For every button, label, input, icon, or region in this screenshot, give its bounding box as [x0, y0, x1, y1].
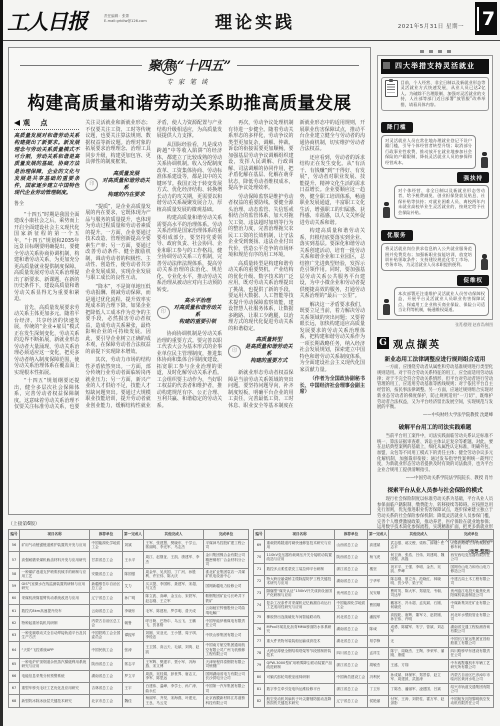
- employment-intro: 目前，个人经营、非全日制以及新就业形态等灵活就业方式快速发展，从业人员已达2亿人…: [381, 77, 489, 111]
- seal-icon: 印: [228, 345, 241, 358]
- table-cell: 航空发动机风扇转子叶尖磨削防振动及降热损伤关键技术研究: [265, 695, 335, 707]
- table-cell: 潘振军: [368, 611, 389, 623]
- table-cell: 王永平: [123, 551, 144, 568]
- pull-quote-line: 高质量发展: [101, 171, 150, 178]
- opinion-item: 新业态用工法律调整应进行规则组合适用一方面，应围绕劳动者从属性和劳动基准规则进行…: [377, 355, 493, 419]
- table-cell: 数字孪生牵引变电所运维检修平台: [265, 683, 335, 695]
- measure-badge: 强扶持: [457, 172, 489, 183]
- opinion-attribution: ——中国劳动关系学院法学院院长、教授 肖竹: [377, 475, 493, 481]
- table-cell: 谭振军: [123, 629, 144, 641]
- measure-badge: 促维权: [457, 275, 489, 286]
- body-paragraph: 再次，劳动争议处理机制有待进一步健全。随着劳动关系形态的多样化，劳动争议的类型更…: [228, 120, 293, 192]
- table-cell: 69: [254, 539, 265, 551]
- body-paragraph: 构建高质量和谐劳动关系，归根结底要落实到企业、落实到基层。要深化和谐劳动关系创建…: [300, 228, 365, 300]
- table-cell: 内蒙古自治区巴彦淖尔市临河区黄河水电公司: [449, 671, 494, 683]
- table-cell: 67: [9, 683, 20, 695]
- opinion-body: 一方面，应围绕劳动者从属性和劳动基准规则进行类型化规则适用。对于符合劳动关系特征…: [377, 365, 493, 411]
- table-cell: 云南省总工会: [90, 605, 123, 617]
- table-cell: 张涛: [123, 641, 144, 658]
- table-cell: 中国海员建设工会: [335, 671, 368, 683]
- measure-badge: 优服务: [381, 230, 413, 241]
- table-cell: 李晓东: [123, 605, 144, 617]
- table-row: 69重载铁路隧道衬砌快速修复技术研究与应用山西省总工会高建斌武志强、郝文俊、梁栋…: [254, 539, 494, 551]
- table-cell: 82: [254, 695, 265, 707]
- table-row: 71数控多点柔性蒙皮工装拉伸平台研制浙江省总工会楼坚祝平平、王强、李明、金杰、吴…: [254, 563, 494, 575]
- feature-attribution: （作者为全国政协副秘书长、中国经济社会理事会副主席）: [300, 376, 365, 396]
- table-cell: 周江、赵继征、王凯、康建军、李杰: [144, 551, 204, 568]
- table-cell: 浙江省总工会: [335, 683, 368, 695]
- opinion-title: 破解平台用工的司法实践难题: [377, 423, 493, 431]
- table-cell: 曹时茂、陈大军、郑瑞龙、韦朝、司达华: [389, 587, 449, 599]
- awards-tables: 编号项目名称推荐单位第一完成人其他完成人完成单位56矿用气动链锯链道维护装置的开…: [8, 529, 492, 708]
- table-cell: 王宇: [123, 683, 144, 695]
- table-cell: 北京西膜新材料江苏道桥科技有限公司: [204, 695, 249, 707]
- table-cell: 金川集团镍合金有限公司精密铜材厂合金材料分公司: [204, 551, 249, 568]
- table-cell: 特种起重吊装机具研制: [20, 617, 90, 629]
- table-cell: 贵州盘江电投天能焦化贵阳煤机装备制造公司: [449, 587, 494, 599]
- table-cell: 湖南省总工会: [335, 575, 368, 587]
- table-cell: 数控多点柔性蒙皮工装拉伸平台研制: [265, 563, 335, 575]
- measure-text-bubble: 对灵活就业人员在常住地办理就业登记不设户籍门槛，引导个体经营者转型升级；取消部分…: [381, 135, 476, 169]
- table-cell: MPxx环氧乳化沥青MMA桥面防水体系研究: [265, 623, 335, 635]
- scan-edge-shadow: [0, 0, 3, 726]
- table-cell: 57: [9, 551, 20, 568]
- table-cell: 山西省总工会: [335, 539, 368, 551]
- table-cell: 新疆维吾尔自治区总工会: [90, 580, 123, 592]
- table-cell: 高强耐磨采煤机截齿材料开发与应用研究: [20, 551, 90, 568]
- table-cell: 陕西省总工会: [90, 658, 123, 670]
- table-row: 82航空发动机风扇转子叶尖磨削防振动及降热损伤关键技术研究辽宁省总工会侯艳丽付军…: [254, 695, 494, 707]
- table-cell: 孟祥生: [368, 647, 389, 659]
- body-paragraph: “降本”，不是简单地压低劳动报酬、削减劳动保障，而是通过优化流程、提升效率实现成…: [85, 284, 150, 356]
- table-header-cell: 项目名称: [265, 530, 335, 540]
- employment-intro-text: 目前，个人经营、非全日制以及新就业形态等灵活就业方式快速发展，从业人员已达2亿人…: [401, 80, 486, 107]
- right-column: 四大举措支持灵活就业 目前，个人经营、非全日制以及新就业形态等灵活就业方式快速发…: [377, 50, 493, 555]
- table-cell: 王盛、方翔: [389, 659, 449, 671]
- table-cell: 中国民航工会: [90, 641, 123, 658]
- table-cell: 浙江省总工会: [335, 563, 368, 575]
- body-paragraph: 首先，高质量发展要求劳动关系主体更加多元。随着平台经济、共享经济的快速发展，传统…: [14, 305, 79, 377]
- table-cell: 陕西省总工会: [335, 551, 368, 563]
- measure-block: 降门槛对灵活就业人员在常住地办理就业登记不设户籍门槛，引导个体经营者转型升级；取…: [381, 114, 489, 169]
- pull-quote-text: 高质量转型是高质量和谐劳动关系构建的重要方式: [244, 337, 293, 365]
- table-cell: 79: [254, 659, 265, 671]
- person-illustration-icon: [381, 299, 391, 316]
- table-cell: 一种电炉炉顶烟道余热蒸汽梯级利用系统研究与应用: [20, 658, 90, 670]
- pull-quote-line: 是高质量和谐劳动关系: [244, 344, 293, 358]
- table-row: 65一种电炉炉顶烟道余热蒸汽梯级利用系统研究与应用陕西省总工会郭志平王军辉、樊建…: [9, 658, 249, 670]
- table-cell: 重载铁路隧道衬砌快速修复技术研究与应用: [265, 539, 335, 551]
- table-cell: 杨飞虎: [368, 551, 389, 563]
- table-cell: 吴安顺: [368, 587, 389, 599]
- table-cell: 国网舟山电力和舟山电力修造公司: [449, 563, 494, 575]
- measure-badge: 降门槛: [381, 122, 413, 133]
- table-header-cell: 编号: [254, 530, 265, 540]
- feature-article-box: 聚焦“十四五” 专家笔谈 构建高质量和谐劳动关系助推高质量发展 观 点 高质量发…: [8, 47, 371, 515]
- body-paragraph: 还应看到，劳动者的诉求结构正在发生变化。从“有活干、有钱赚”到“干得好、有发展”…: [300, 155, 365, 227]
- table-cell: 侯艳丽: [368, 695, 389, 707]
- opinion-attribution: ——中央财经大学法学院教授 沈建峰: [377, 412, 493, 418]
- page-header: 工人日报 责任编辑：张菁 E-mail:grbllw@126.com 理论实践 …: [0, 0, 500, 41]
- measure-block: 强扶持对个体经营、非全日制以及新就业形态劳动者，给予税费减免、创业担保贷款及贴息…: [381, 172, 489, 219]
- table-cell: 63: [9, 629, 20, 641]
- table-cell: 65: [9, 658, 20, 670]
- table-row: 73隔爆型“煤安认证”150kV开关成套设备国产化研制与应用贵州省总工会吴安顺曹…: [254, 587, 494, 599]
- table-header-cell: 其他完成人: [389, 530, 449, 540]
- feature-kicker: 聚焦“十四五”: [14, 54, 365, 76]
- table-cell: 何卫涛、张浩、吕伟、刘建明、魏国强、高磊: [389, 551, 449, 563]
- opinion-item: 破解平台用工的司法实践难题当前平台用工案件中，司法实践面临劳动关系认定标准不统一…: [377, 423, 493, 481]
- employment-box-title: 四大举措支持灵活就业: [381, 59, 489, 74]
- person-illustration-icon: [381, 202, 391, 219]
- table-cell: 胡敏杰: [368, 659, 389, 671]
- table-cell: 特大跨径悬索桥主缆除湿防护工程关键技术研究与应用: [265, 575, 335, 587]
- seal-icon: 印: [157, 306, 170, 319]
- email-line: E-mail:grbllw@126.com: [104, 19, 147, 24]
- table-cell: 毛军、陈建松、罗学明、普天成: [144, 605, 204, 617]
- viewpoint-label: 观 点: [14, 120, 79, 130]
- continued-note: （上接第6版）: [8, 520, 492, 527]
- table-cell: 北京市总工会: [90, 695, 123, 707]
- table-cell: 复杂工况条件对采煤机记忆截割自动运行工艺适用性研究与应用: [265, 599, 335, 611]
- table-header-cell: 完成单位: [204, 530, 249, 540]
- table-cell: 曹国顺: [368, 599, 389, 611]
- table-cell: 采煤机滚筒摇臂传动系统改进与应用: [20, 593, 90, 605]
- awards-table-section: （上接第6版） 编号项目名称推荐单位第一完成人其他完成人完成单位56矿用气动链锯…: [8, 520, 492, 708]
- viewpoint-text: 观 点: [23, 120, 51, 127]
- feature-author: 鲁全: [14, 201, 79, 208]
- measure-block: 优服务将灵活就业岗位供求信息纳入公共就业服务范围并免费发布；加强新职业技能培训，…: [381, 222, 489, 271]
- measure-text-bubble: 将灵活就业岗位供求信息纳入公共就业服务范围并免费发布；加强新职业技能培训，放宽培…: [381, 243, 476, 272]
- table-cell: 无: [389, 635, 449, 647]
- table-cell: 一种煤矿巷道支护喷浆机械手的研制与应用工艺: [20, 568, 90, 580]
- table-cell: 矿用气动链锯链道维护装置的开发与应用: [20, 539, 90, 551]
- table-cell: “天阶”飞控系统APP: [20, 641, 90, 658]
- table-header-row: 编号项目名称推荐单位第一完成人其他完成人完成单位: [254, 530, 494, 540]
- table-cell: 戴寒冬、冯永超、孟宪斌、石刚、何晓亮: [389, 599, 449, 611]
- table-cell: 可躺式郎轮驾驶室座椅研制: [265, 671, 335, 683]
- table-cell: 湖南省总工会: [335, 623, 368, 635]
- table-cell: 陈国强: [123, 568, 144, 580]
- pull-quote-line: 构建的内在要求: [101, 192, 150, 199]
- table-cell: 易学锋: [368, 635, 389, 647]
- pull-quote-line: 构建的重要方式: [244, 358, 293, 365]
- page-number-badge: 7: [475, 2, 497, 35]
- table-cell: 内蒙古自治区总工会: [90, 617, 123, 629]
- page-number: 7: [482, 8, 495, 30]
- table-cell: 66: [9, 670, 20, 682]
- awards-table-left: 编号项目名称推荐单位第一完成人其他完成人完成单位56矿用气动链锯链道维护装置的开…: [8, 529, 249, 708]
- table-row: 56矿用气动链锯链道维护装置的开发与应用中国能源化学地质工会刘斌王军、张建慧、樊…: [9, 539, 249, 551]
- table-row: 64“天阶”飞控系统APP中国民航工会张涛王卫国、高云天、毛斌、刘爽、赵凯中国南…: [9, 641, 249, 658]
- table-cell: 甘肃省总工会: [90, 551, 123, 568]
- body-paragraph: 解决这一矛盾要求我们，既要立足当前，着力解决劳动关系领域的突出问题；又要着眼长远…: [300, 302, 365, 374]
- table-header-cell: 其他完成人: [144, 530, 204, 540]
- infobox-credit: 张菁/整理 赵春青/制图: [377, 322, 493, 328]
- table-cell: 中国华能伊敏煤电有限责任公司: [204, 617, 249, 629]
- table-header-cell: 推荐单位: [90, 530, 123, 540]
- table-cell: 70: [254, 551, 265, 563]
- table-cell: 呼日勒、巴特尔、乌云飞、王鹏飞、贺喜格: [144, 617, 204, 629]
- employment-measures: 降门槛对灵活就业人员在常住地办理就业登记不设户籍门槛，引导个体经营者转型升级；取…: [381, 114, 489, 316]
- table-cell: 58: [9, 568, 20, 580]
- table-row: 68新型防冰除冰涂层关键技术研究北京市总工会魏佳杨丽军、齐昊、宋海燕、叶建光、王…: [9, 695, 249, 707]
- table-cell: QPW-3000型矿用喷雾降尘联动装置产品改进研制: [265, 659, 335, 671]
- table-cell: 成勇、陈耀军、朱宁、曾斌、刘志军: [389, 623, 449, 635]
- table-cell: 重型车桥壳毛坯工艺优化及应用研究: [20, 683, 90, 695]
- table-row: 66电能信息采集分析预警系统湖南省总工会罗立平周凯、吴桂娟、彭世界、唐志文、李军…: [9, 670, 249, 682]
- table-cell: 武志强、郝文俊、梁栋、薛刚、任志平: [389, 539, 449, 551]
- table-row: 61数控式8km高速提升绞车云南省总工会李晓东毛军、陈建松、罗学明、普天成云南驰…: [9, 605, 249, 617]
- table-cell: 辽宁省总工会: [90, 593, 123, 605]
- table-cell: 电能信息采集分析预警系统: [20, 670, 90, 682]
- clipboard-icon: [385, 80, 398, 97]
- table-header-cell: 第一完成人: [368, 530, 389, 540]
- table-cell: 王军、张建慧、樊晓东、于学云、郭丽明、李光军、马志杰: [144, 539, 204, 551]
- table-cell: 孙广明: [123, 593, 144, 605]
- awards-table-right: 编号项目名称推荐单位第一完成人其他完成人完成单位69重载铁路隧道衬砌快速修复技术…: [253, 529, 494, 708]
- box-deco-dots: [377, 50, 493, 53]
- table-cell: 重大件货物吊装装船运输成套技术: [265, 635, 335, 647]
- table-cell: 平煤神马控股矿建工程公司: [204, 539, 249, 551]
- speaker-triangle-icon: [14, 120, 20, 126]
- kicker-text: 聚焦“十四五”: [148, 55, 231, 75]
- pull-quote: 印高质量转型是高质量和谐劳动关系构建的重要方式: [228, 337, 293, 365]
- table-cell: 74: [254, 599, 265, 611]
- table-row: 58一种煤矿巷道支护喷浆机械手的研制与应用工艺安徽省总工会陈国强周金华、吴庆国、…: [9, 568, 249, 580]
- table-cell: 橡胶挤出连续硫化车间智能联动线: [265, 611, 335, 623]
- table-row: 79QPW-3000型矿用喷雾降尘联动装置产品改进研制浙江省总工会胡敏杰王盛、方…: [254, 659, 494, 671]
- pull-quote-text: 高水平治理对高质量和谐劳动关系构建的重要引领: [173, 298, 222, 326]
- table-cell: 吉林省总工会: [90, 683, 123, 695]
- body-paragraph: 协商协调机制是劳动关系治理的重要方式。要完善以职工代表大会为基本形式的企事业单位…: [157, 331, 222, 409]
- table-row: 62特种起重吊装机具研制内蒙古自治区总工会朝鲁呼日勒、巴特尔、乌云飞、王鹏飞、贺…: [9, 617, 249, 629]
- table-header-cell: 第一完成人: [123, 530, 144, 540]
- table-cell: 大跨径薄壁全钢结构塔架等节段预制拼装技术: [265, 647, 335, 659]
- table-cell: 楼坚: [368, 563, 389, 575]
- table-cell: 中建五局土木工程有限公司: [449, 575, 494, 587]
- table-cell: 陈诚: [368, 623, 389, 635]
- table-cell: 罗立平: [123, 670, 144, 682]
- table-cell: 太原铁路局工务机械段检修车间: [449, 539, 494, 551]
- table-cell: 62: [9, 617, 20, 629]
- body-paragraph: 高质量转型是构建和谐劳动关系的重要契机。产业结构的优化升级、数字技术的广泛应用，…: [228, 261, 293, 333]
- table-cell: 110kV变压器有载调压开关分接联动装置改造与应用: [265, 551, 335, 563]
- table-cell: 贵州省总工会: [335, 587, 368, 599]
- table-cell: 中国第一汽车集团有限公司: [204, 683, 249, 695]
- table-row: 63一种变频联动式全自动焊接轨道平台及其生产方法中国铁路工会全国委员会谭振军刘刚…: [9, 629, 249, 641]
- table-cell: 白建伟、温峰、李学士、孙广涛、曲永红: [144, 683, 204, 695]
- table-cell: 60: [9, 593, 20, 605]
- table-cell: 王军辉、樊建平、贾小军、冯海燕、宋文博: [144, 658, 204, 670]
- table-cell: 四川路桥华东建设有限责任公司: [449, 647, 494, 659]
- measure-text-bubble: 本次部署还注重维护灵活就业人员劳动保障权益，开展平台灵活就业人员职业伤害保障试点…: [394, 287, 489, 316]
- opinion-title: 探索平台从业人员参与社会保险的模式: [377, 486, 493, 494]
- table-row: 76MPxx环氧乳化沥青MMA桥面防水体系研究湖南省总工会陈诚成勇、陈耀军、朱宁…: [254, 623, 494, 635]
- seal-icon: 印: [85, 178, 98, 191]
- section-title: 理论实践: [215, 8, 295, 33]
- table-cell: 78: [254, 647, 265, 659]
- body-paragraph: 构建高质量和谐劳动关系需要高水平的治理体系。劳动关系治理是国家治理体系的重要组成…: [157, 215, 222, 293]
- table-cell: 朝鲁: [123, 617, 144, 629]
- pull-quote-text: 高质量发展对高质量和谐劳动关系构建的内在要求: [101, 171, 150, 199]
- table-cell: 郭志平: [123, 658, 144, 670]
- masthead-meta: 责任编辑：张菁 E-mail:grbllw@126.com: [104, 14, 147, 24]
- table-cell: 辽宁省总工会: [335, 695, 368, 707]
- table-cell: 72: [254, 575, 265, 587]
- table-row: 77重大件货物吊装装船运输成套技术湖北省总工会易学锋无中国长江航运集团宜昌船舶重…: [254, 635, 494, 647]
- opinions-header: G 观点撷英: [377, 336, 493, 351]
- table-row: 72特大跨径悬索桥主缆除湿防护工程关键技术研究与应用湖南省总工会宁华军陈志刚、夏…: [254, 575, 494, 587]
- feature-body-columns: 观 点 高质量发展对和谐劳动关系构建提出了新要求。新发展理念与劳动关系质量模式不…: [14, 120, 365, 513]
- table-row: 57高强耐磨采煤机截齿材料开发与应用研究甘肃省总工会王永平周江、赵继征、王凯、康…: [9, 551, 249, 568]
- table-cell: 陈宁、周晓杰、王陶、李荣军、蒲刚、康健: [389, 647, 449, 659]
- table-cell: 中国长江航运集团宜昌船舶重工有限公司: [449, 635, 494, 647]
- table-cell: 西安西电变压器有限责任公司: [449, 551, 494, 563]
- table-cell: 付军、王涛、刘铁柱、霍万军、赵剑影: [389, 695, 449, 707]
- table-cell: 天津荣程祥泰钢铁有限公司炼钢厂: [204, 658, 249, 670]
- table-cell: 浙江省总工会: [335, 659, 368, 671]
- body-paragraph: 从国际经验看，凡是成功跨越“中等收入陷阱”的经济体，都建立了比较成熟的劳动关系协…: [157, 142, 222, 214]
- table-row: 75橡胶挤出连续硫化车间智能联动线河北省总工会潘振军高振乾、唐辉、董军义、赵铁刚…: [254, 611, 494, 623]
- table-cell: 祝平平、王强、李明、金杰、吴凯、罗峰: [389, 563, 449, 575]
- table-cell: 新型防冰除冰涂层关键技术研究: [20, 695, 90, 707]
- opinions-header-text: 观点撷英: [393, 336, 441, 351]
- person-illustration-icon: [479, 152, 489, 169]
- table-cell: 59: [9, 580, 20, 592]
- table-cell: 76: [254, 623, 265, 635]
- table-cell: 绍兴市轨道交通集团有限公司: [449, 683, 494, 695]
- newspaper-masthead: 工人日报: [7, 5, 88, 36]
- opinions-logo-icon: G: [377, 337, 389, 349]
- table-cell: GIS气室微水在线监测装置的研制与应用研究: [20, 580, 90, 592]
- table-header-cell: 项目名称: [20, 530, 90, 540]
- table-cell: 宁华军: [368, 575, 389, 587]
- table-cell: 四川省总工会: [335, 647, 368, 659]
- pull-quote: 印高水平治理对高质量和谐劳动关系构建的重要引领: [157, 298, 222, 326]
- table-cell: 陈立波、高峰、金玉山、宋铁军、赵志刚、王立军: [144, 593, 204, 605]
- table-cell: 68: [9, 695, 20, 707]
- measure-text-bubble: 对个体经营、非全日制以及新就业形态劳动者，给予税费减免、创业担保贷款及贴息、社保…: [394, 185, 489, 219]
- table-cell: 73: [254, 587, 265, 599]
- pull-quote-line: 高质量转型: [244, 337, 293, 344]
- table-cell: 中煤新集刘庄矿业有限公司: [449, 599, 494, 611]
- table-header-row: 编号项目名称推荐单位第一完成人其他完成人完成单位: [9, 530, 249, 540]
- table-cell: 鞍钢集团矿业弓长岭井下铁矿: [204, 593, 249, 605]
- table-cell: 77: [254, 635, 265, 647]
- body-paragraph: “十四五”时期是我国全面建成小康社会之后，乘势而上开启全面建设社会主义现代化国家…: [14, 212, 79, 303]
- date-line: 2021年5月31日 星期一: [398, 22, 464, 30]
- employment-infobox: 四大举措支持灵活就业 目前，个人经营、非全日制以及新就业形态等灵活就业方式快速发…: [377, 55, 493, 320]
- circled-char: 焦: [161, 59, 177, 75]
- table-cell: 中车戚墅堰机车车辆工艺研究所有限公司: [449, 659, 494, 671]
- table-row: 59GIS气室微水在线监测装置的研制与应用研究新疆维吾尔自治区总工会艾力买买提、…: [9, 580, 249, 592]
- table-cell: 中国能源化学地质工会: [90, 539, 123, 551]
- table-cell: 魏佳: [123, 695, 144, 707]
- feature-abstract: 高质量发展对和谐劳动关系构建提出了新要求。新发展理念与劳动关系质量模式不可分割，…: [14, 133, 79, 198]
- table-cell: 买买提、李国栋、聂建军、宋超、马文杰: [144, 580, 204, 592]
- pull-quote: 印高质量发展对高质量和谐劳动关系构建的内在要求: [85, 171, 150, 199]
- table-cell: 数控式8km高速提升绞车: [20, 605, 90, 617]
- table-cell: 丁卫东: [368, 683, 389, 695]
- kicker-subtitle: 专家笔谈: [14, 77, 365, 86]
- table-row: 74复杂工况条件对采煤机记忆截割自动运行工艺适用性研究与应用中国能源化学地质工会…: [254, 599, 494, 611]
- table-cell: 河北省总工会: [335, 611, 368, 623]
- table-cell: 高建斌: [368, 539, 389, 551]
- table-cell: 中铁山桥集团有限公司: [204, 629, 249, 641]
- table-header-cell: 完成单位: [449, 530, 494, 540]
- feature-headline: 构建高质量和谐劳动关系助推高质量发展: [14, 90, 365, 115]
- table-row: 60采煤机滚筒摇臂传动系统改进与应用辽宁省总工会孙广明陈立波、高峰、金玉山、宋铁…: [9, 593, 249, 605]
- table-header-cell: 编号: [9, 530, 20, 540]
- table-cell: 一种变频联动式全自动焊接轨道平台及其生产方法: [20, 629, 90, 641]
- pull-quote-line: 高水平治理: [173, 298, 222, 305]
- table-cell: 中国能源化学地质工会: [335, 599, 368, 611]
- pull-quote-line: 对高质量和谐劳动关系: [173, 305, 222, 319]
- table-cell: 国网湖南省电力有限公司长沙供电分公司: [204, 670, 249, 682]
- table-cell: 杨丽军、齐昊、宋海燕、叶建光、王良、马云龙: [144, 695, 204, 707]
- table-cell: 安徽省总工会: [90, 568, 123, 580]
- pull-quote-line: 对高质量和谐劳动关系: [101, 178, 150, 192]
- opinions-list: 新业态用工法律调整应进行规则组合适用一方面，应围绕劳动者从属性和劳动基准规则进行…: [377, 355, 493, 544]
- table-cell: 国网新疆电力检修公司: [204, 580, 249, 592]
- table-cell: 孙成斌、林保军、郑景春、赵立军、周建波、武振涛: [389, 671, 449, 683]
- table-cell: 71: [254, 563, 265, 575]
- table-cell: 冯利民: [368, 671, 389, 683]
- table-cell: 高振乾、唐辉、董军义、赵铁刚、孙宏伟、许明: [389, 611, 449, 623]
- table-cell: 隔爆型“煤安认证”150kV开关成套设备国产化研制与应用: [265, 587, 335, 599]
- table-cell: 中国铁路工会全国委员会: [90, 629, 123, 641]
- table-cell: 56: [9, 539, 20, 551]
- table-cell: 艾力: [123, 580, 144, 592]
- table-cell: 湖南省总工会: [90, 670, 123, 682]
- table-cell: 云南驰宏锌锗股份公司曲靖电解厂: [204, 605, 249, 617]
- body-paragraph: “提质”，是企业高质量发展的内在要求，它既体现为产品与服务的质量提升，也体现为劳…: [85, 204, 150, 282]
- table-cell: 75: [254, 611, 265, 623]
- table-cell: 河北环水塑胶管业有限公司: [449, 611, 494, 623]
- table-row: 80可躺式郎轮驾驶室座椅研制中国海员建设工会冯利民孙成斌、林保军、郑景春、赵立军…: [254, 671, 494, 683]
- table-row: 70110kV变压器有载调压开关分接联动装置改造与应用陕西省总工会杨飞虎何卫涛、…: [254, 551, 494, 563]
- pull-quote-line: 构建的重要引领: [173, 319, 222, 326]
- table-cell: 陈志刚、夏立乔、范晓红、林晓明、贺少华、梁子安: [389, 575, 449, 587]
- table-cell: 80: [254, 671, 265, 683]
- measure-block: 促维权本次部署还注重维护灵活就业人员劳动保障权益，开展平台灵活就业人员职业伤害保…: [381, 275, 489, 316]
- opinion-body: 当前平台用工案件中，司法实践面临劳动关系认定标准不统一、算法证据审查难、诉讼主体…: [377, 434, 493, 474]
- table-row: 81数字孪生牵引变电所运维检修平台浙江省总工会丁卫东丁陈杰、潘丽军、凌建国、吕斌…: [254, 683, 494, 695]
- table-cell: 刘斌: [123, 539, 144, 551]
- table-row: 78大跨径薄壁全钢结构塔架等节段预制拼装技术四川省总工会孟祥生陈宁、周晓杰、王陶…: [254, 647, 494, 659]
- table-row: 67重型车桥壳毛坯工艺优化及应用研究吉林省总工会王宇白建伟、温峰、李学士、孙广涛…: [9, 683, 249, 695]
- table-cell: 刘刚、宋亚光、王小慧、周子琪、李栓忠: [144, 629, 204, 641]
- table-cell: 淮北矿业集团袁店一井煤矿机电设备中心: [204, 568, 249, 580]
- table-cell: 周金华、吴庆国、丁广河、孙胜利、许宏伟、陈大庆: [144, 568, 204, 580]
- person-illustration-icon: [479, 254, 489, 271]
- body-paragraph: 劳动保障监察是维护劳动者权益的重要防线。要健全源头治理、动态监管、失信惩戒相结合…: [228, 194, 293, 259]
- table-cell: 81: [254, 683, 265, 695]
- table-cell: 湖北省总工会: [335, 635, 368, 647]
- table-cell: 61: [9, 605, 20, 617]
- table-cell: 湖南省交通工程检测咨询有限公司: [449, 623, 494, 635]
- table-cell: 中国南方航空集团通用航空有限公司广州飞机维修工程有限公司: [204, 641, 249, 658]
- table-cell: 64: [9, 641, 20, 658]
- table-cell: 周凯、吴桂娟、彭世界、唐志文、李军、陈思远: [144, 670, 204, 682]
- table-cell: 王卫国、高云天、毛斌、刘爽、赵凯: [144, 641, 204, 658]
- opinion-title: 新业态用工法律调整应进行规则组合适用: [377, 355, 493, 363]
- table-cell: 中国航发沈阳黎明航空发动机有限责任公司: [449, 695, 494, 707]
- table-header-cell: 推荐单位: [335, 530, 368, 540]
- table-cell: 丁陈杰、潘丽军、凌建国、吕斌: [389, 683, 449, 695]
